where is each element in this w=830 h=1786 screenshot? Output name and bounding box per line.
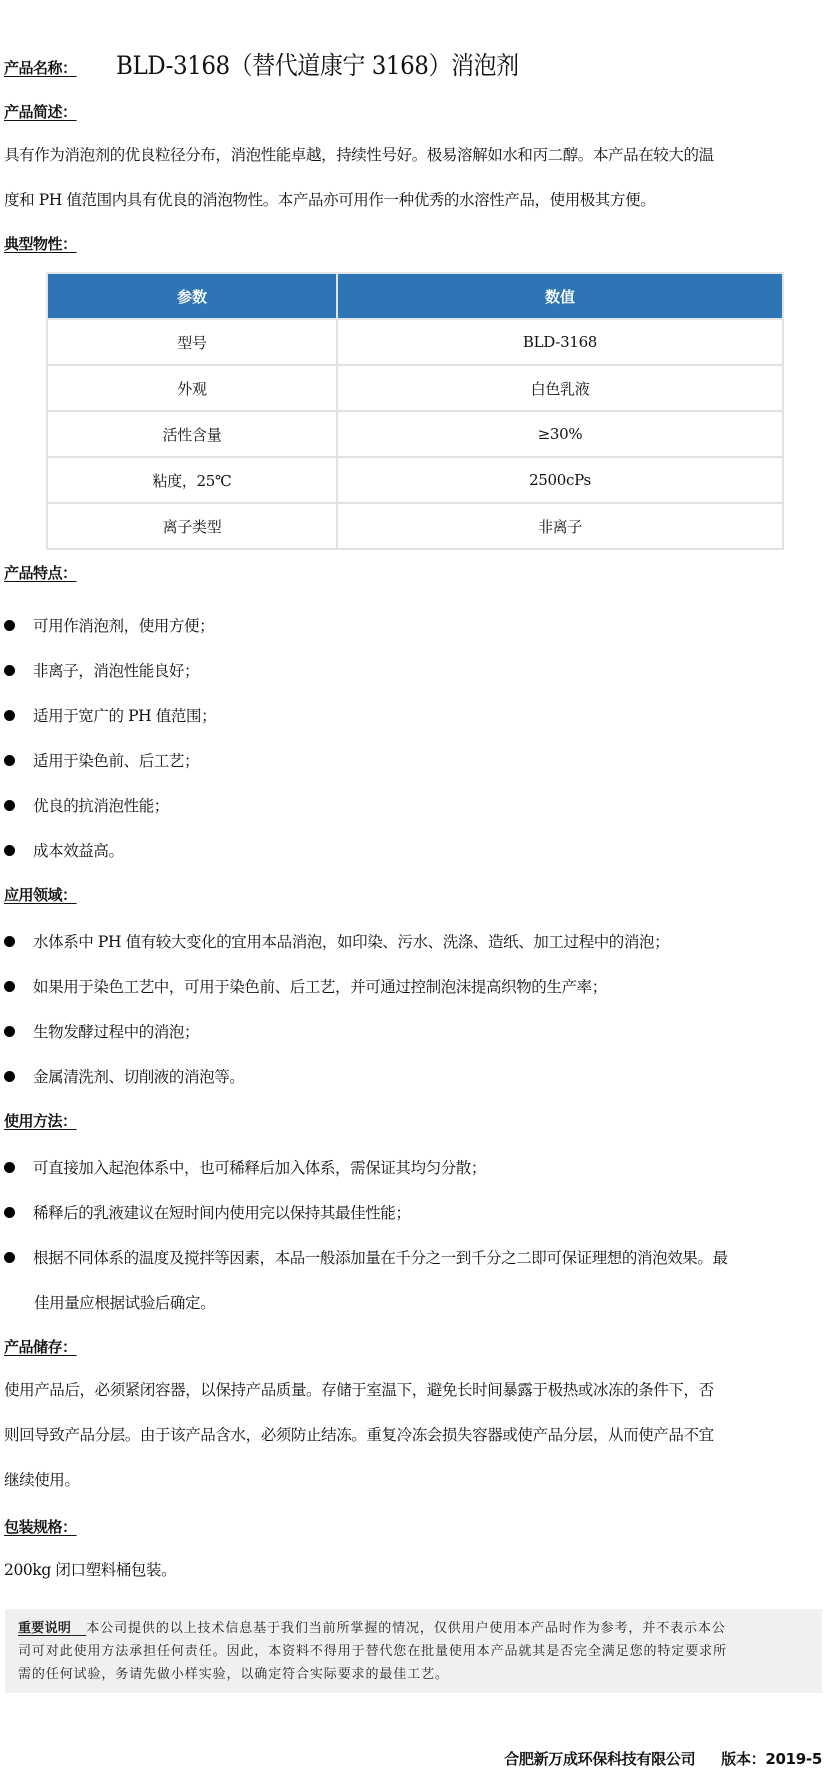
feature-item: 适用于宽广的 PH 值范围； <box>4 704 216 728</box>
cell-value: 2500cPs <box>337 457 783 503</box>
properties-table: 参数 数值 型号 BLD-3168 外观 白色乳液 活性含量 ≥30% 粘度，2… <box>46 272 784 550</box>
company-name: 合肥新万成环保科技有限公司 <box>504 1750 695 1768</box>
table-row: 活性含量 ≥30% <box>47 411 783 457</box>
product-title: BLD-3168（替代道康宁 3168）消泡剂 <box>116 50 519 82</box>
bullet-icon <box>4 936 15 947</box>
feature-item: 适用于染色前、后工艺； <box>4 749 199 773</box>
application-item: 生物发酵过程中的消泡； <box>4 1020 199 1044</box>
cell-parameter: 外观 <box>47 365 337 411</box>
application-item: 金属清洗剂、切削液的消泡等。 <box>4 1065 244 1089</box>
bullet-icon <box>4 620 15 631</box>
cell-parameter: 离子类型 <box>47 503 337 549</box>
feature-item: 非离子，消泡性能良好； <box>4 659 199 683</box>
cell-parameter: 粘度，25℃ <box>47 457 337 503</box>
storage-paragraph: 使用产品后，必须紧闭容器，以保持产品质量。存储于室温下，避免长时间暴露于极热或冰… <box>4 1368 828 1503</box>
usage-item: 稀释后的乳液建议在短时间内使用完以保持其最佳性能； <box>4 1201 411 1225</box>
section-heading-applications: 应用领域： <box>4 885 77 905</box>
bullet-icon <box>4 981 15 992</box>
bullet-icon <box>4 665 15 676</box>
footer: 合肥新万成环保科技有限公司版本：2019-5 <box>504 1748 822 1770</box>
storage-line: 继续使用。 <box>4 1458 828 1503</box>
product-name-label: 产品名称： <box>4 58 77 78</box>
bullet-icon <box>4 800 15 811</box>
bullet-icon <box>4 710 15 721</box>
section-heading-description: 产品简述： <box>4 102 77 122</box>
cell-parameter: 型号 <box>47 319 337 365</box>
version-label: 版本：2019-5 <box>721 1750 822 1768</box>
cell-parameter: 活性含量 <box>47 411 337 457</box>
section-heading-packaging: 包装规格： <box>4 1517 77 1537</box>
bullet-icon <box>4 1026 15 1037</box>
bullet-icon <box>4 1252 15 1263</box>
bullet-icon <box>4 1162 15 1173</box>
section-heading-usage: 使用方法： <box>4 1111 77 1131</box>
table-row: 外观 白色乳液 <box>47 365 783 411</box>
description-line: 具有作为消泡剂的优良粒径分布，消泡性能卓越，持续性号好。极易溶解如水和丙二醇。本… <box>4 133 828 178</box>
table-row: 型号 BLD-3168 <box>47 319 783 365</box>
column-header-value: 数值 <box>337 273 783 319</box>
notice-line: 本公司提供的以上技术信息基于我们当前所掌握的情况，仅供用户使用本产品时作为参考，… <box>86 1621 725 1636</box>
section-heading-storage: 产品储存： <box>4 1337 77 1357</box>
bullet-icon <box>4 1207 15 1218</box>
table-row: 粘度，25℃ 2500cPs <box>47 457 783 503</box>
storage-line: 使用产品后，必须紧闭容器，以保持产品质量。存储于室温下，避免长时间暴露于极热或冰… <box>4 1368 828 1413</box>
cell-value: 白色乳液 <box>337 365 783 411</box>
notice-title: 重要说明 <box>18 1621 71 1636</box>
cell-value: 非离子 <box>337 503 783 549</box>
description-paragraph: 具有作为消泡剂的优良粒径分布，消泡性能卓越，持续性号好。极易溶解如水和丙二醇。本… <box>4 133 828 223</box>
usage-item: 可直接加入起泡体系中，也可稀释后加入体系，需保证其均匀分散； <box>4 1156 486 1180</box>
usage-item-continuation: 佳用量应根据试验后确定。 <box>34 1291 215 1315</box>
section-heading-features: 产品特点： <box>4 563 77 583</box>
packaging-text: 200kg 闭口塑料桶包装。 <box>4 1548 828 1593</box>
feature-item: 优良的抗消泡性能； <box>4 794 169 818</box>
bullet-icon <box>4 1071 15 1082</box>
column-header-parameter: 参数 <box>47 273 337 319</box>
application-item: 水体系中 PH 值有较大变化的宜用本品消泡，如印染、污水、洗涤、造纸、加工过程中… <box>4 930 669 954</box>
bullet-icon <box>4 845 15 856</box>
table-row: 离子类型 非离子 <box>47 503 783 549</box>
important-notice-box: 重要说明 本公司提供的以上技术信息基于我们当前所掌握的情况，仅供用户使用本产品时… <box>5 1609 822 1693</box>
section-heading-properties: 典型物性： <box>4 234 77 254</box>
notice-line: 需的任何试验，务请先做小样实验，以确定符合实际要求的最佳工艺。 <box>18 1663 808 1686</box>
cell-value: BLD-3168 <box>337 319 783 365</box>
bullet-icon <box>4 755 15 766</box>
table-header-row: 参数 数值 <box>47 273 783 319</box>
application-item: 如果用于染色工艺中，可用于染色前、后工艺，并可通过控制泡沫提高织物的生产率； <box>4 975 607 999</box>
notice-line: 司可对此使用方法承担任何责任。因此，本资料不得用于替代您在批量使用本产品就其是否… <box>18 1640 808 1663</box>
description-line: 度和 PH 值范围内具有优良的消泡物性。本产品亦可用作一种优秀的水溶性产品，使用… <box>4 178 828 223</box>
usage-item: 根据不同体系的温度及搅拌等因素，本品一般添加量在千分之一到千分之二即可保证理想的… <box>4 1246 728 1270</box>
storage-line: 则回导致产品分层。由于该产品含水，必须防止结冻。重复冷冻会损失容器或使产品分层，… <box>4 1413 828 1458</box>
cell-value: ≥30% <box>337 411 783 457</box>
feature-item: 成本效益高。 <box>4 839 124 863</box>
feature-item: 可用作消泡剂，使用方便； <box>4 614 214 638</box>
notice-text: 重要说明 本公司提供的以上技术信息基于我们当前所掌握的情况，仅供用户使用本产品时… <box>18 1617 808 1686</box>
